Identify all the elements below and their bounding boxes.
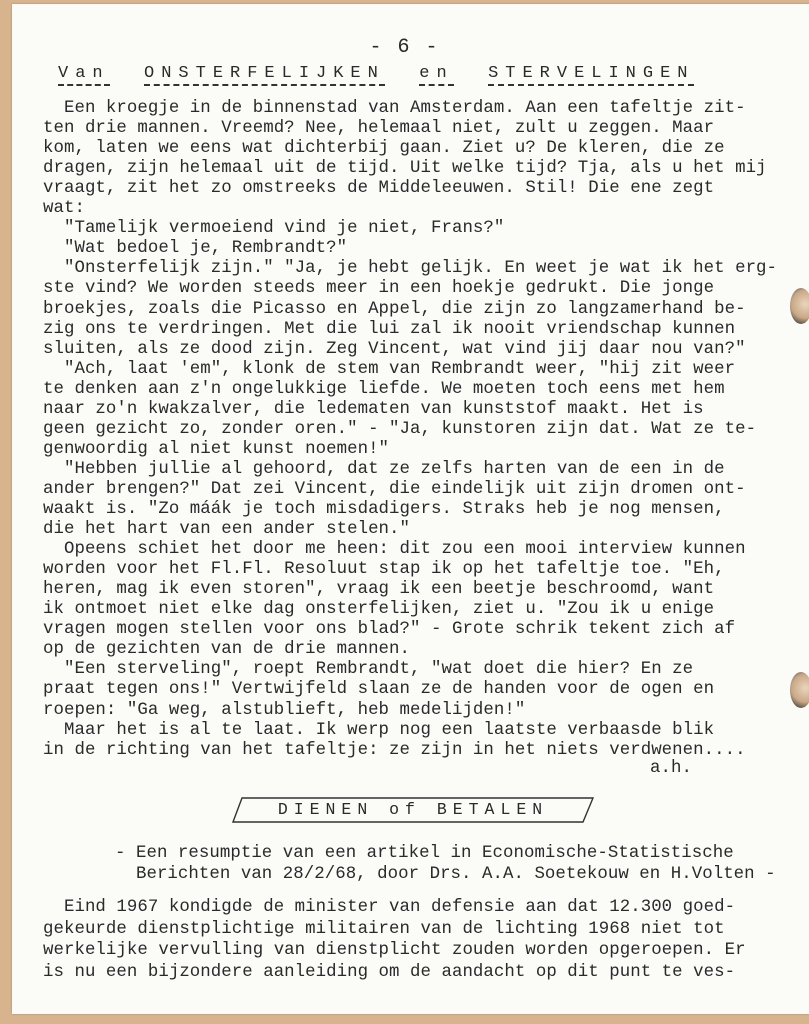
text-line: "Tamelijk vermoeiend vind je niet, Frans…	[43, 218, 504, 240]
text-line: "Hebben jullie al gehoord, dat ze zelfs …	[43, 459, 725, 481]
text-line: "Onsterfelijk zijn." "Ja, je hebt gelijk…	[43, 258, 777, 280]
text-line: vraagt, zit het zo omstreeks de Middelee…	[43, 178, 714, 200]
text-line: vragen mogen stellen voor ons blad?" - G…	[43, 619, 735, 641]
title-word: Van	[58, 64, 110, 86]
section-heading-text: DIENEN of BETALEN	[232, 800, 594, 819]
text-line: in de richting van het tafeltje: ze zijn…	[43, 740, 746, 762]
text-line: Maar het is al te laat. Ik werp nog een …	[43, 720, 714, 742]
text-line: kom, laten we eens wat dichterbij gaan. …	[43, 138, 725, 160]
section-heading: DIENEN of BETALEN	[232, 797, 594, 823]
title-word: en	[419, 64, 453, 86]
text-line: op de gezichten van de drie mannen.	[43, 639, 410, 661]
text-line: Berichten van 28/2/68, door Drs. A.A. So…	[115, 864, 776, 886]
text-line: worden voor het Fl.Fl. Resoluut stap ik …	[43, 559, 725, 581]
text-line: Opeens schiet het door me heen: dit zou …	[43, 539, 746, 561]
text-line: Eind 1967 kondigde de minister van defen…	[43, 897, 735, 919]
text-line: naar zo'n kwakzalver, die ledematen van …	[43, 399, 704, 421]
text-line: roepen: "Ga weg, alstublieft, heb medeli…	[43, 700, 525, 722]
text-line: Een kroegje in de binnenstad van Amsterd…	[43, 98, 746, 120]
text-line: praat tegen ons!" Vertwijfeld slaan ze d…	[43, 679, 714, 701]
text-line: te denken aan z'n ongelukkige liefde. We…	[43, 379, 725, 401]
text-line: werkelijke vervulling van dienstplicht z…	[43, 940, 746, 962]
text-line: genwoordig al niet kunst noemen!"	[43, 439, 389, 461]
text-line: is nu een bijzondere aanleiding om de aa…	[43, 962, 735, 984]
page-number: - 6 -	[0, 36, 809, 59]
text-line: "Ach, laat 'em", klonk de stem van Rembr…	[43, 359, 735, 381]
text-line: - Een resumptie van een artikel in Econo…	[115, 843, 734, 865]
text-line: heren, mag ik even storen", vraag ik een…	[43, 579, 714, 601]
text-line: dragen, zijn helemaal uit de tijd. Uit w…	[43, 158, 767, 180]
text-line: zig ons te verdringen. Met die lui zal i…	[43, 319, 735, 341]
title-word: ONSTERFELIJKEN	[144, 64, 385, 86]
punch-hole	[790, 288, 809, 324]
signature: a.h.	[650, 758, 692, 780]
text-line: gekeurde dienstplichtige militairen van …	[43, 919, 725, 941]
text-line: waakt is. "Zo máák je toch misdadigers. …	[43, 499, 725, 521]
punch-hole	[790, 672, 809, 708]
text-line: "Wat bedoel je, Rembrandt?"	[43, 238, 347, 260]
text-line: die het hart van een ander stelen."	[43, 519, 410, 541]
title-word: STERVELINGEN	[488, 64, 694, 86]
text-line: geen gezicht zo, zonder oren." - "Ja, ku…	[43, 419, 756, 441]
text-line: sluiten, als ze dood zijn. Zeg Vincent, …	[43, 339, 746, 361]
text-line: ander brengen?" Dat zei Vincent, die ein…	[43, 479, 746, 501]
text-line: ik ontmoet niet elke dag onsterfelijken,…	[43, 599, 714, 621]
text-line: ste vind? We worden steeds meer in een h…	[43, 278, 714, 300]
text-line: wat:	[43, 198, 85, 220]
text-line: ten drie mannen. Vreemd? Nee, helemaal n…	[43, 118, 714, 140]
text-line: "Een sterveling", roept Rembrandt, "wat …	[43, 659, 693, 681]
text-line: broekjes, zoals die Picasso en Appel, di…	[43, 299, 746, 321]
article-title: Van ONSTERFELIJKEN en STERVELINGEN	[58, 64, 694, 83]
